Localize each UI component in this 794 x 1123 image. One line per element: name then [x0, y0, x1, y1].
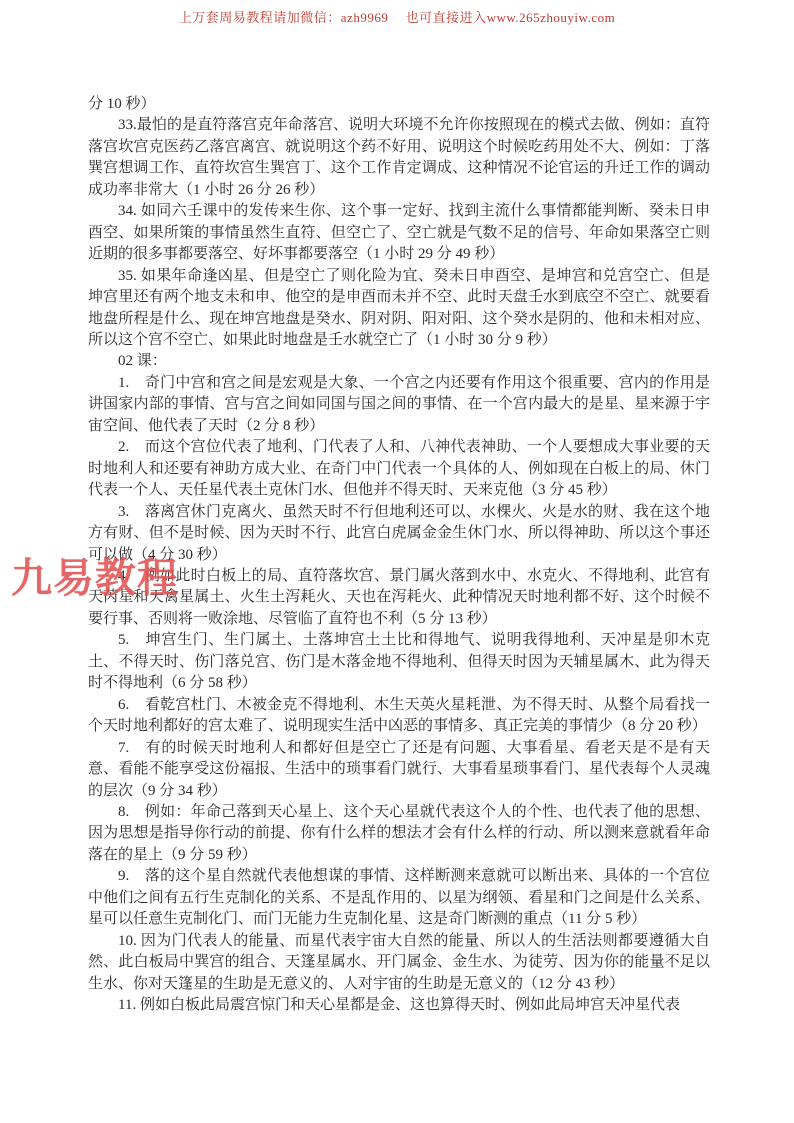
paragraph: 11. 例如白板此局震宫惊门和天心星都是金、这也算得天时、例如此局坤宫天冲星代表	[88, 995, 710, 1016]
paragraph: 3. 落离宫休门克离火、虽然天时不行但地利还可以、水棵火、火是水的财、我在这个地…	[88, 502, 710, 566]
paragraph: 1. 奇门中宫和宫之间是宏观是大象、一个宫之内还要有作用这个很重要、宫内的作用是…	[88, 373, 710, 437]
paragraph: 9. 落的这个星自然就代表他想谋的事情、这样断测来意就可以断出来、具体的一个宫位…	[88, 866, 710, 930]
paragraph: 02 课：	[88, 351, 710, 372]
paragraph: 6. 看乾宫杜门、木被金克不得地利、木生天英火星耗泄、为不得天时、从整个局看找一…	[88, 695, 710, 738]
paragraph: 34. 如同六壬课中的发传来生你、这个事一定好、找到主流什么事情都能判断、癸未日…	[88, 201, 710, 265]
paragraph: 5. 坤宫生门、生门属土、土落坤宫土土比和得地气、说明我得地利、天冲星是卯木克土…	[88, 630, 710, 694]
paragraph: 8. 例如：年命己落到天心星上、这个天心星就代表这个人的个性、也代表了他的思想、…	[88, 802, 710, 866]
document-body: 分 10 秒）33.最怕的是直符落宫克年命落宫、说明大环境不允许你按照现在的模式…	[88, 94, 710, 1016]
paragraph: 35. 如果年命逢凶星、但是空亡了则化险为宜、癸未日申酉空、是坤宫和兑宫空亡、但…	[88, 266, 710, 352]
paragraph: 33.最怕的是直符落宫克年命落宫、说明大环境不允许你按照现在的模式去做、例如：直…	[88, 115, 710, 201]
paragraph: 7. 有的时候天时地利人和都好但是空亡了还是有问题、大事看星、看老天是不是有天意…	[88, 738, 710, 802]
paragraph: 4. 例如此时白板上的局、直符落坎宫、景门属火落到水中、水克火、不得地利、此宫有…	[88, 566, 710, 630]
paragraph: 分 10 秒）	[88, 94, 710, 115]
paragraph: 2. 而这个宫位代表了地利、门代表了人和、八神代表神助、一个人要想成大事业要的天…	[88, 437, 710, 501]
document-page: 上万套周易教程请加微信：azh9969 也可直接进入www.265zhouyiw…	[0, 0, 794, 1123]
watermark: 九易教程	[11, 545, 179, 604]
paragraph: 10. 因为门代表人的能量、而星代表宇宙大自然的能量、所以人的生活法则都要遵循大…	[88, 931, 710, 995]
header-notice: 上万套周易教程请加微信：azh9969 也可直接进入www.265zhouyiw…	[0, 7, 794, 26]
